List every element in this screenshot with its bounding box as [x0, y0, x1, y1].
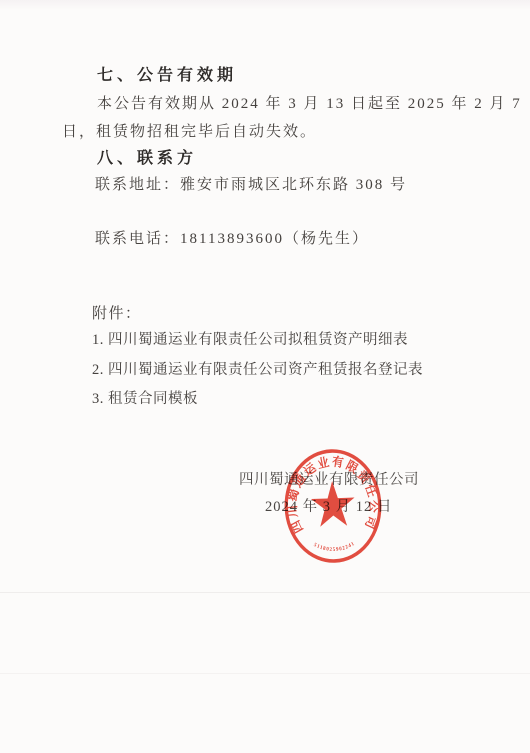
scan-fold-line	[0, 592, 530, 593]
section-8-heading: 八、联系方	[97, 149, 197, 169]
contact-phone-line: 联系电话：18113893600（杨先生）	[95, 229, 369, 249]
scan-fold-line	[0, 673, 530, 674]
company-seal: 四川蜀通运业有限责任公司 5118025902241	[276, 444, 390, 568]
attachment-item: 3. 租赁合同模板	[92, 389, 198, 409]
validity-paragraph-line-2: 日，租赁物招租完毕后自动失效。	[62, 122, 317, 142]
star-icon	[310, 480, 355, 527]
contact-address-line: 联系地址：雅安市雨城区北环东路 308 号	[95, 175, 407, 195]
attachments-label: 附件：	[92, 304, 142, 324]
seal-serial-number: 5118025902241	[313, 540, 357, 553]
section-7-heading: 七、公告有效期	[97, 66, 237, 86]
document-page: 七、公告有效期 本公告有效期从 2024 年 3 月 13 日起至 2025 年…	[0, 0, 530, 753]
validity-paragraph-line-1: 本公告有效期从 2024 年 3 月 13 日起至 2025 年 2 月 7	[97, 94, 522, 114]
attachment-item: 1. 四川蜀通运业有限责任公司拟租赁资产明细表	[92, 330, 408, 350]
scan-edge-shadow	[0, 0, 530, 10]
attachment-item: 2. 四川蜀通运业有限责任公司资产租赁报名登记表	[92, 360, 423, 380]
